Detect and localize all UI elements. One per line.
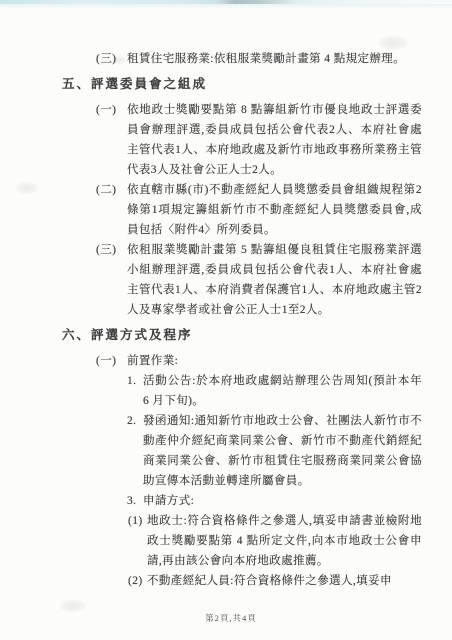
scanned-document-page: (三) 租賃住宅服務業:依租服業獎勵計畫第 4 點規定辦理。 五、評選委員會之組… [0, 0, 452, 640]
list-item-text: 依地政士獎勵要點第 8 點籌組新竹市優良地政士評選委員會辦理評選,委員成員包括公… [127, 100, 422, 180]
list-item-text: 前置作業: [127, 351, 422, 371]
list-item-label: 1. [127, 371, 143, 411]
list-item-text: 依直轄市縣(市)不動產經紀人員獎懲委員會組織規程第2條第1項規定籌組新竹市不動產… [127, 180, 422, 240]
list-item-label: (二) [96, 180, 127, 240]
scanner-edge-fade [0, 4, 452, 9]
list-item-text: 租賃住宅服務業:依租服業獎勵計畫第 4 點規定辦理。 [127, 49, 422, 69]
list-item: (三) 依租服業獎勵計畫第 5 點籌組優良租賃住宅服務業評選小組辦理評選,委員成… [0, 240, 422, 320]
list-item-text: 依租服業獎勵計畫第 5 點籌組優良租賃住宅服務業評選小組辦理評選,委員成員包括公… [127, 240, 422, 320]
list-item: 1. 活動公告:於本府地政處網站辦理公告周知(預計本年 6 月下旬)。 [0, 371, 422, 411]
list-item-text: 發函通知:通知新竹市地政士公會、社團法人新竹市不動產仲介經紀商業同業公會、新竹市… [143, 411, 422, 491]
list-item-text: 活動公告:於本府地政處網站辦理公告周知(預計本年 6 月下旬)。 [143, 371, 422, 411]
scan-smudge [60, 600, 86, 612]
list-item-label: (三) [96, 49, 127, 69]
list-item-text: 地政士:符合資格條件之參選人,填妥申請書並檢附地政士獎勵要點第 4 點所定文件,… [147, 511, 422, 571]
list-item-label: (2) [128, 571, 147, 591]
page-number-footer: 第2頁,共4頁 [10, 612, 452, 624]
section-heading-5: 五、評選委員會之組成 [0, 74, 422, 94]
document-body: (三) 租賃住宅服務業:依租服業獎勵計畫第 4 點規定辦理。 五、評選委員會之組… [0, 49, 452, 591]
list-item-label: (三) [96, 240, 127, 320]
list-item: (1) 地政士:符合資格條件之參選人,填妥申請書並檢附地政士獎勵要點第 4 點所… [0, 511, 422, 571]
list-item-text: 不動產經紀人員:符合資格條件之參選人,填妥申 [147, 571, 422, 591]
list-item: (一) 前置作業: [0, 351, 422, 371]
list-item-label: 2. [127, 411, 143, 491]
scan-smudge [378, 36, 408, 50]
list-item-label: (一) [96, 100, 127, 180]
list-item: (二) 依直轄市縣(市)不動產經紀人員獎懲委員會組織規程第2條第1項規定籌組新竹… [0, 180, 422, 240]
list-item-label: 3. [127, 491, 143, 511]
list-item: (三) 租賃住宅服務業:依租服業獎勵計畫第 4 點規定辦理。 [0, 49, 422, 69]
section-heading-6: 六、評選方式及程序 [0, 325, 422, 345]
list-item: (一) 依地政士獎勵要點第 8 點籌組新竹市優良地政士評選委員會辦理評選,委員成… [0, 100, 422, 180]
list-item-text: 申請方式: [143, 491, 422, 511]
list-item-label: (1) [128, 511, 147, 571]
list-item-label: (一) [96, 351, 127, 371]
list-item: 3. 申請方式: [0, 491, 422, 511]
list-item: (2) 不動產經紀人員:符合資格條件之參選人,填妥申 [0, 571, 422, 591]
list-item: 2. 發函通知:通知新竹市地政士公會、社團法人新竹市不動產仲介經紀商業同業公會、… [0, 411, 422, 491]
